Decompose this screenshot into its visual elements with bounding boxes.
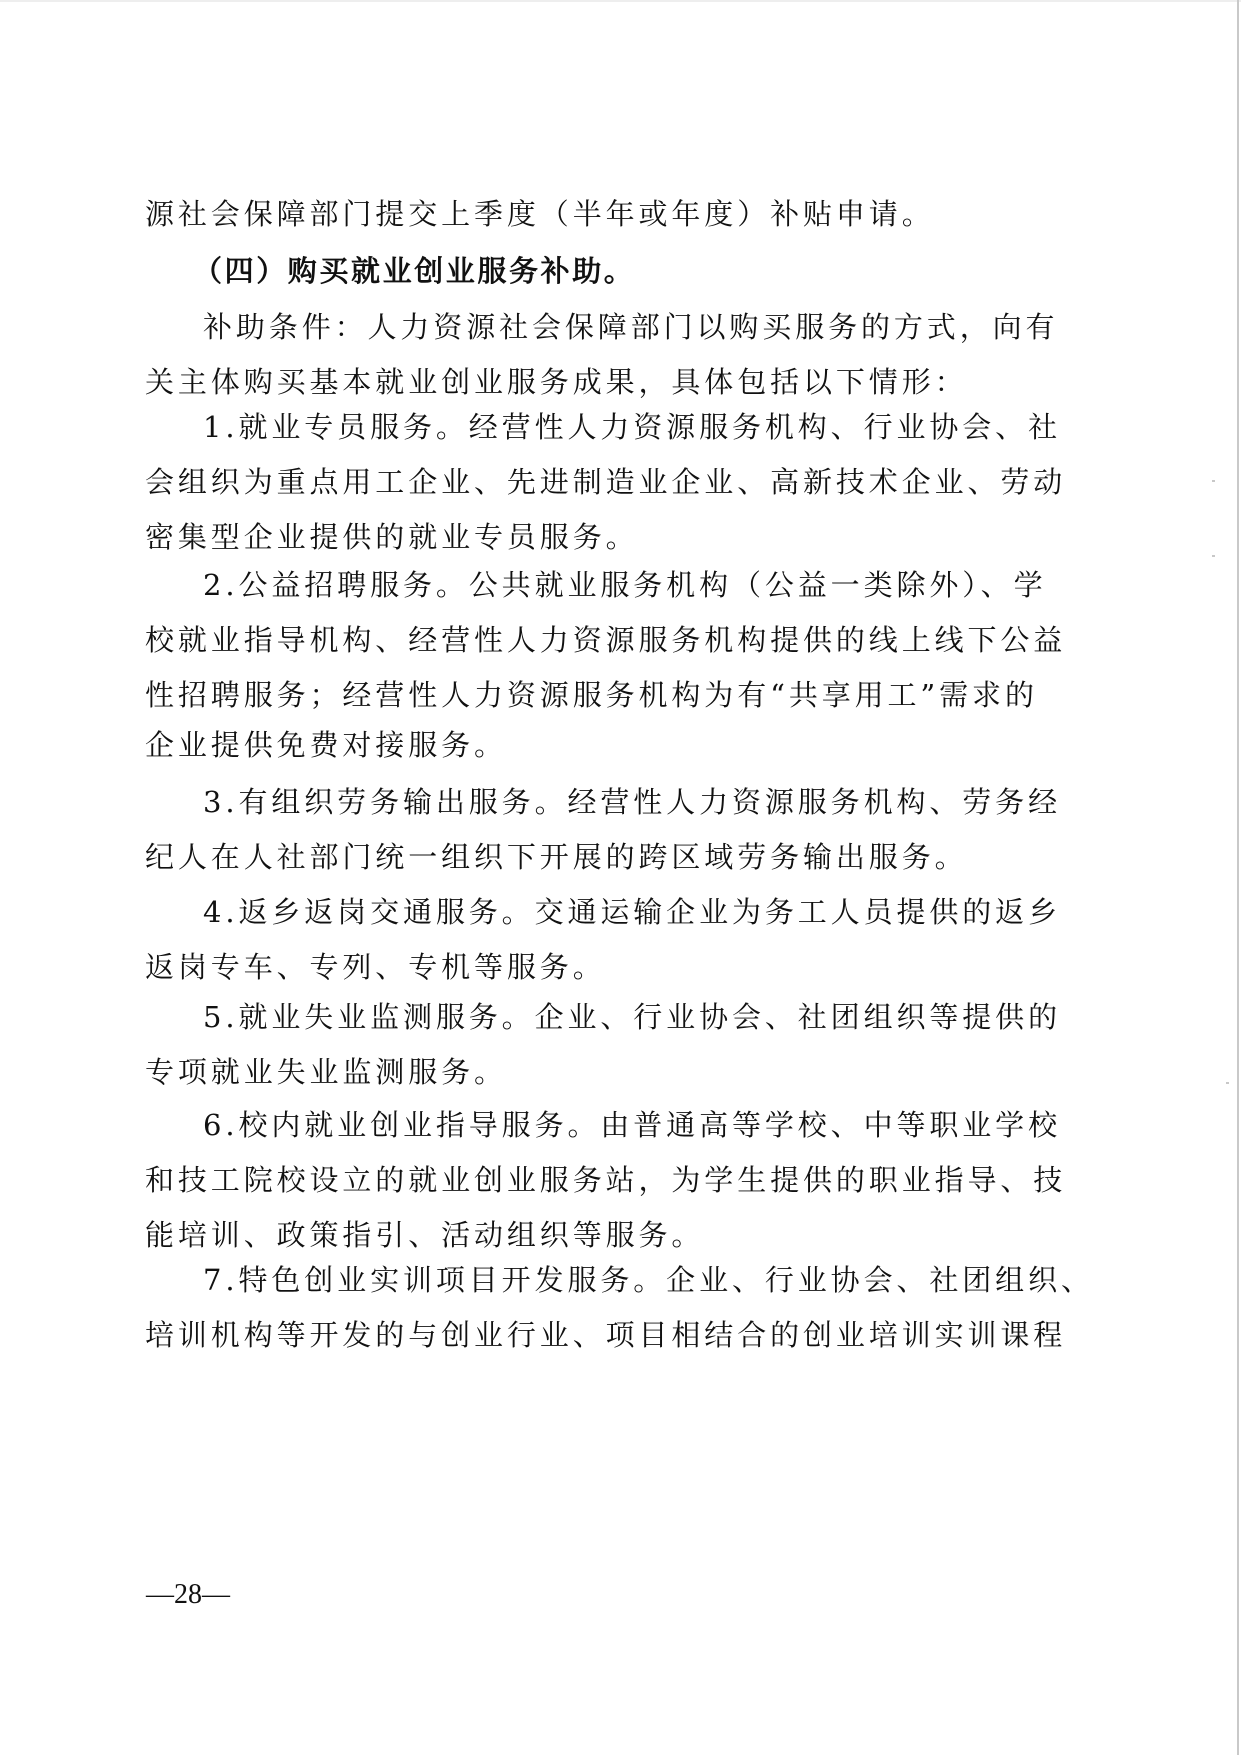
list-item-1-line: 会组织为重点用工企业、先进制造业企业、高新技术企业、劳动 xyxy=(145,464,965,500)
list-item-2-line: 2.公益招聘服务。公共就业服务机构（公益一类除外）、学 xyxy=(203,567,965,603)
paragraph-line: 源社会保障部门提交上季度（半年或年度）补贴申请。 xyxy=(145,196,965,232)
list-item-4-line: 4.返乡返岗交通服务。交通运输企业为务工人员提供的返乡 xyxy=(203,894,965,930)
paragraph-line: 补助条件：人力资源社会保障部门以购买服务的方式，向有 xyxy=(203,309,965,345)
list-item-3-line: 纪人在人社部门统一组织下开展的跨区域劳务输出服务。 xyxy=(145,839,965,875)
list-item-7-line: 培训机构等开发的与创业行业、项目相结合的创业培训实训课程 xyxy=(145,1317,965,1353)
list-item-2-line: 企业提供免费对接服务。 xyxy=(145,727,965,763)
list-item-5-line: 专项就业失业监测服务。 xyxy=(145,1054,965,1090)
paragraph-line: 关主体购买基本就业创业服务成果，具体包括以下情形： xyxy=(145,364,965,400)
list-item-1-line: 1.就业专员服务。经营性人力资源服务机构、行业协会、社 xyxy=(203,409,965,445)
scan-right-edge xyxy=(1237,0,1239,1755)
list-item-3-line: 3.有组织劳务输出服务。经营性人力资源服务机构、劳务经 xyxy=(203,784,965,820)
list-item-7-line: 7.特色创业实训项目开发服务。企业、行业协会、社团组织、 xyxy=(203,1262,965,1298)
list-item-5-line: 5.就业失业监测服务。企业、行业协会、社团组织等提供的 xyxy=(203,999,965,1035)
list-item-6-line: 6.校内就业创业指导服务。由普通高等学校、中等职业学校 xyxy=(203,1107,965,1143)
document-page: 源社会保障部门提交上季度（半年或年度）补贴申请。 （四）购买就业创业服务补助。 … xyxy=(0,0,1241,1755)
list-item-6-line: 能培训、政策指引、活动组织等服务。 xyxy=(145,1217,965,1253)
list-item-2-line: 性招聘服务；经营性人力资源服务机构为有“共享用工”需求的 xyxy=(145,677,965,713)
list-item-6-line: 和技工院校设立的就业创业服务站，为学生提供的职业指导、技 xyxy=(145,1162,965,1198)
list-item-1-line: 密集型企业提供的就业专员服务。 xyxy=(145,519,965,555)
list-item-2-line: 校就业指导机构、经营性人力资源服务机构提供的线上线下公益 xyxy=(145,622,965,658)
scan-speck xyxy=(1212,555,1215,557)
list-item-4-line: 返岗专车、专列、专机等服务。 xyxy=(145,949,965,985)
page-number: —28— xyxy=(146,1579,230,1611)
scan-speck xyxy=(1226,1082,1229,1084)
scan-speck xyxy=(1212,480,1215,482)
section-heading: （四）购买就业创业服务补助。 xyxy=(193,253,1013,289)
scan-top-edge xyxy=(0,0,1241,2)
